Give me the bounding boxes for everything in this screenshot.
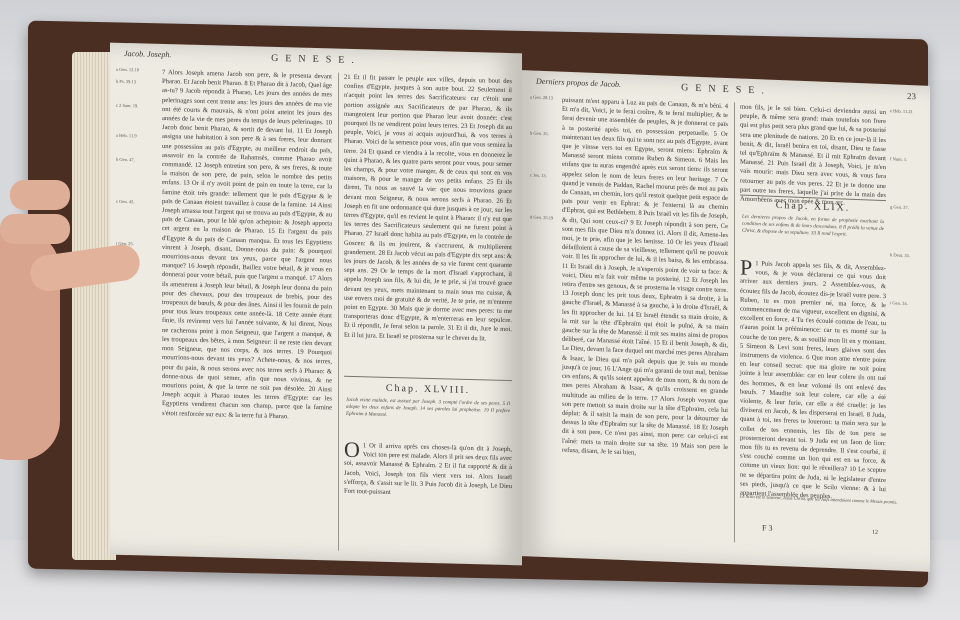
left-chapter-summary: Jacob visité malade, est assisté par Jos… [346, 397, 510, 422]
finger [0, 214, 70, 244]
side-note: b Gen. 47. [116, 157, 160, 164]
right-chapter-text: P1 Puis Jacob appela ses fils, & dit, As… [740, 259, 886, 495]
right-column-2: mon fils, je le sai bien. Celui-ci devie… [740, 103, 886, 197]
right-column-1: puissant m'est apparu à Luz au païs de C… [562, 96, 728, 552]
drop-cap: P [740, 259, 752, 277]
right-page: Derniers propos de Jacob. GENESE. 23 a G… [522, 70, 930, 572]
side-note: d Gen. 35.19 [530, 214, 560, 221]
left-chapter-heading: Chap. XLVIII. [344, 382, 512, 397]
left-column-2: 21 Et il fit passer le peuple aux villes… [344, 73, 512, 377]
left-running-title: GENESE. [124, 49, 508, 70]
side-note: c 2 Sam. 19. [116, 103, 160, 110]
side-note: i Gen. 34. [890, 300, 926, 307]
side-note: b Ps. 39.13 [116, 79, 160, 86]
right-chapter-heading: Chap. XLIX. [740, 199, 886, 216]
side-note: c Jos. 13. [530, 172, 560, 179]
left-column-1: 7 Alors Joseph amena Jacob son pere, & l… [162, 68, 332, 550]
side-note: e Heb. 11.21 [890, 108, 926, 115]
side-note: h Deut. 33. [890, 252, 926, 259]
right-outer-notes: e Heb. 11.21 f Num. 1. g Gen. 37. h Deut… [890, 108, 926, 549]
finger [10, 180, 70, 210]
hand [0, 170, 140, 470]
chapter-rule [344, 376, 512, 381]
drop-cap: O [344, 441, 360, 459]
right-chapter-body: 1 Puis Jacob appela ses fils, & dit, Ass… [740, 260, 886, 500]
side-note: f Num. 1. [890, 156, 926, 163]
left-chapter-body: 1 Or il arriva après ces choses-là qu'on… [344, 442, 512, 496]
right-inner-notes: a Gen. 28.13 b Gen. 35. c Jos. 13. d Gen… [530, 94, 560, 495]
signature-mark: F 3 [762, 523, 772, 532]
page-number: 23 [907, 91, 916, 101]
side-note: b Gen. 35. [530, 130, 560, 137]
side-note: a Heb. 11.9 [116, 133, 160, 140]
side-note: g Gen. 37. [890, 204, 926, 211]
column-divider [734, 102, 735, 542]
left-page: Jacob. Joseph. GENESE. a Gen. 12.10 b Ps… [110, 43, 522, 566]
side-note: a Gen. 12.10 [116, 67, 160, 74]
column-divider [338, 73, 339, 551]
catchword: 12 [872, 530, 878, 536]
side-note: a Gen. 28.13 [530, 94, 560, 101]
right-chapter-summary: Les dernieres propos de Jacob, en forme … [742, 214, 884, 240]
left-chapter-text: O1 Or il arriva après ces choses-là qu'o… [344, 441, 512, 555]
